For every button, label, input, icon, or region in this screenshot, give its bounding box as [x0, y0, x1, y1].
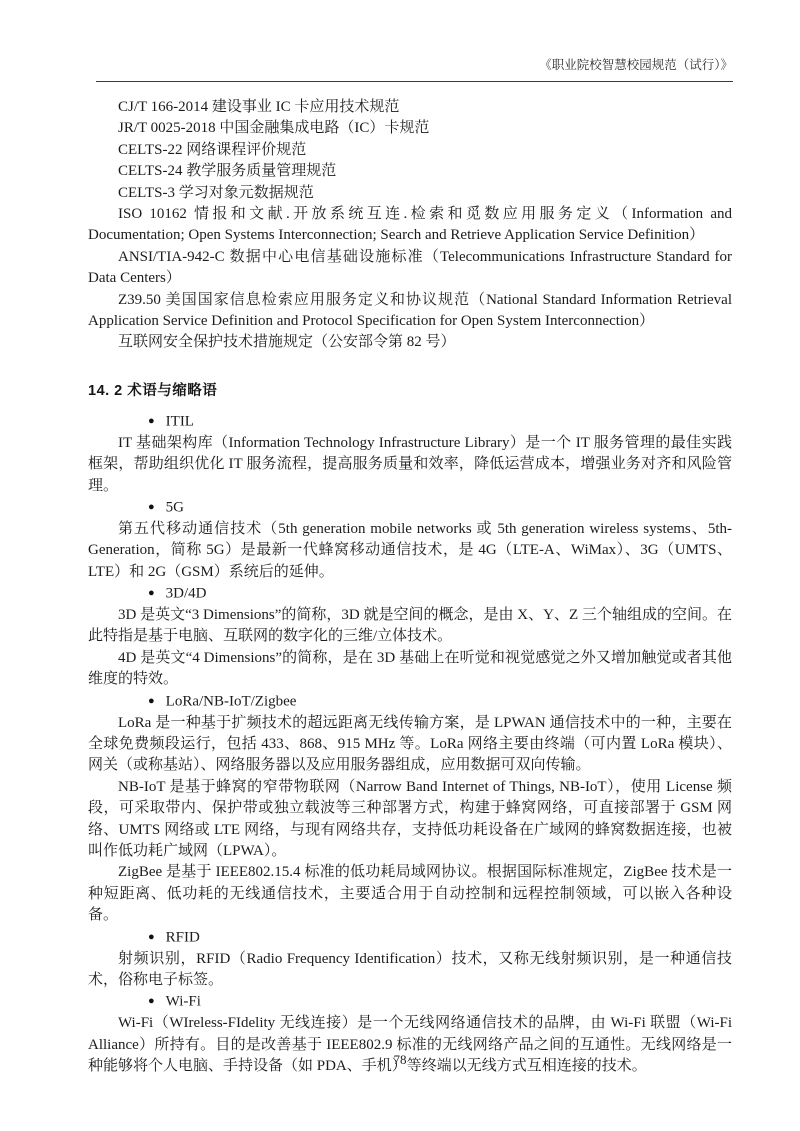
- term-label: 5G: [166, 500, 184, 516]
- bullet-icon: ●: [118, 691, 155, 712]
- term-item-wifi: ●Wi-Fi: [88, 991, 732, 1013]
- standard-item: 互联网安全保护技术措施规定（公安部令第 82 号）: [88, 332, 732, 353]
- bullet-icon: ●: [118, 411, 155, 432]
- page-footer: 78: [0, 1052, 800, 1068]
- bullet-icon: ●: [118, 991, 155, 1012]
- term-label: RFID: [166, 929, 200, 945]
- bullet-icon: ●: [118, 927, 155, 948]
- term-label: Wi-Fi: [166, 994, 201, 1010]
- standards-list: CJ/T 166-2014 建设事业 IC 卡应用技术规范 JR/T 0025-…: [88, 97, 732, 354]
- section-heading: 14. 2 术语与缩略语: [88, 381, 732, 402]
- standard-item: CELTS-3 学习对象元数据规范: [88, 183, 732, 204]
- term-item-lora-nbiot-zigbee: ●LoRa/NB-IoT/Zigbee: [88, 691, 732, 713]
- term-label: 3D/4D: [166, 586, 207, 602]
- standard-item: ANSI/TIA-942-C 数据中心电信基础设施标准（Telecommunic…: [88, 247, 732, 290]
- standard-item: ISO 10162 情报和文献.开放系统互连.检索和觅数应用服务定义（Infor…: [88, 204, 732, 247]
- term-paragraph: LoRa 是一种基于扩频技术的超远距离无线传输方案，是 LPWAN 通信技术中的…: [88, 713, 732, 777]
- term-item-itil: ●ITIL: [88, 411, 732, 433]
- standard-item: JR/T 0025-2018 中国金融集成电路（IC）卡规范: [88, 118, 732, 139]
- header-title: 《职业院校智慧校园规范（试行）》: [539, 58, 733, 72]
- standard-item: CJ/T 166-2014 建设事业 IC 卡应用技术规范: [88, 97, 732, 118]
- term-paragraph: ZigBee 是基于 IEEE802.15.4 标准的低功耗局域网协议。根据国际…: [88, 862, 732, 926]
- term-item-5g: ●5G: [88, 497, 732, 519]
- bullet-icon: ●: [118, 583, 155, 604]
- document-page: 《职业院校智慧校园规范（试行）》 CJ/T 166-2014 建设事业 IC 卡…: [0, 0, 800, 1131]
- bullet-icon: ●: [118, 497, 155, 518]
- page-body: CJ/T 166-2014 建设事业 IC 卡应用技术规范 JR/T 0025-…: [88, 97, 732, 1077]
- standard-item: CELTS-24 教学服务质量管理规范: [88, 161, 732, 182]
- term-paragraph: 3D 是英文“3 Dimensions”的简称，3D 就是空间的概念，是由 X、…: [88, 605, 732, 648]
- term-paragraph: NB-IoT 是基于蜂窝的窄带物联网（Narrow Band Internet …: [88, 777, 732, 863]
- term-item-3d4d: ●3D/4D: [88, 583, 732, 605]
- standard-item: CELTS-22 网络课程评价规范: [88, 140, 732, 161]
- standard-item: Z39.50 美国国家信息检索应用服务定义和协议规范（National Stan…: [88, 290, 732, 333]
- term-item-rfid: ●RFID: [88, 927, 732, 949]
- term-label: ITIL: [166, 413, 194, 429]
- term-label: LoRa/NB-IoT/Zigbee: [166, 693, 297, 709]
- terms-list: ●ITIL IT 基础架构库（Information Technology In…: [88, 411, 732, 1078]
- term-paragraph: 第五代移动通信技术（5th generation mobile networks…: [88, 519, 732, 583]
- page-header: 《职业院校智慧校园规范（试行）》: [96, 57, 733, 82]
- term-paragraph: IT 基础架构库（Information Technology Infrastr…: [88, 433, 732, 497]
- page-number: 78: [394, 1052, 407, 1067]
- term-paragraph: 4D 是英文“4 Dimensions”的简称，是在 3D 基础上在听觉和视觉感…: [88, 648, 732, 691]
- term-paragraph: 射频识别，RFID（Radio Frequency Identification…: [88, 949, 732, 992]
